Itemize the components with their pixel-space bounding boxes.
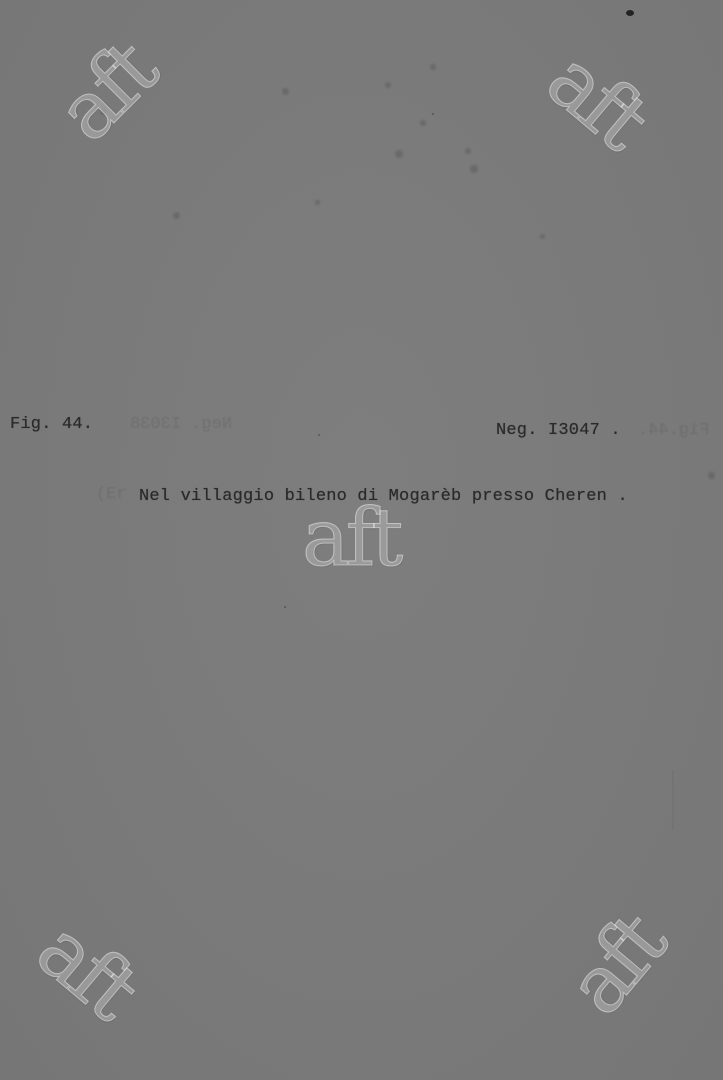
dust-speck bbox=[315, 200, 320, 205]
dust-speck bbox=[318, 434, 320, 436]
dust-speck bbox=[626, 10, 634, 16]
dust-speck bbox=[173, 212, 180, 219]
bleed-through-figure: Fig.44. bbox=[638, 421, 709, 440]
scanned-document-page: Neg. I3038 Fig.44. (Er Fig. 44. Neg. I30… bbox=[0, 0, 723, 1080]
negative-number: Neg. I3047 . bbox=[496, 421, 621, 440]
watermark-center: aft bbox=[302, 498, 399, 578]
dust-speck bbox=[385, 82, 391, 88]
dust-speck bbox=[420, 120, 426, 126]
dust-speck bbox=[470, 165, 478, 173]
watermark-top-right: aft bbox=[534, 38, 660, 162]
dust-speck bbox=[465, 148, 471, 154]
watermark-bottom-left: aft bbox=[24, 908, 150, 1032]
watermark-top-left: aft bbox=[44, 29, 169, 154]
dust-speck bbox=[432, 113, 434, 115]
dust-speck bbox=[708, 472, 715, 479]
dust-speck bbox=[282, 88, 289, 95]
dust-speck bbox=[395, 150, 403, 158]
bleed-through-negative: Neg. I3038 bbox=[130, 415, 232, 434]
dust-speck bbox=[284, 606, 286, 608]
watermark-bottom-right: aft bbox=[555, 902, 679, 1028]
dust-speck bbox=[430, 64, 436, 70]
bleed-through-caption: (Er bbox=[96, 485, 127, 504]
dust-speck bbox=[540, 234, 545, 239]
scan-streak bbox=[672, 770, 674, 830]
figure-label: Fig. 44. bbox=[10, 415, 93, 434]
